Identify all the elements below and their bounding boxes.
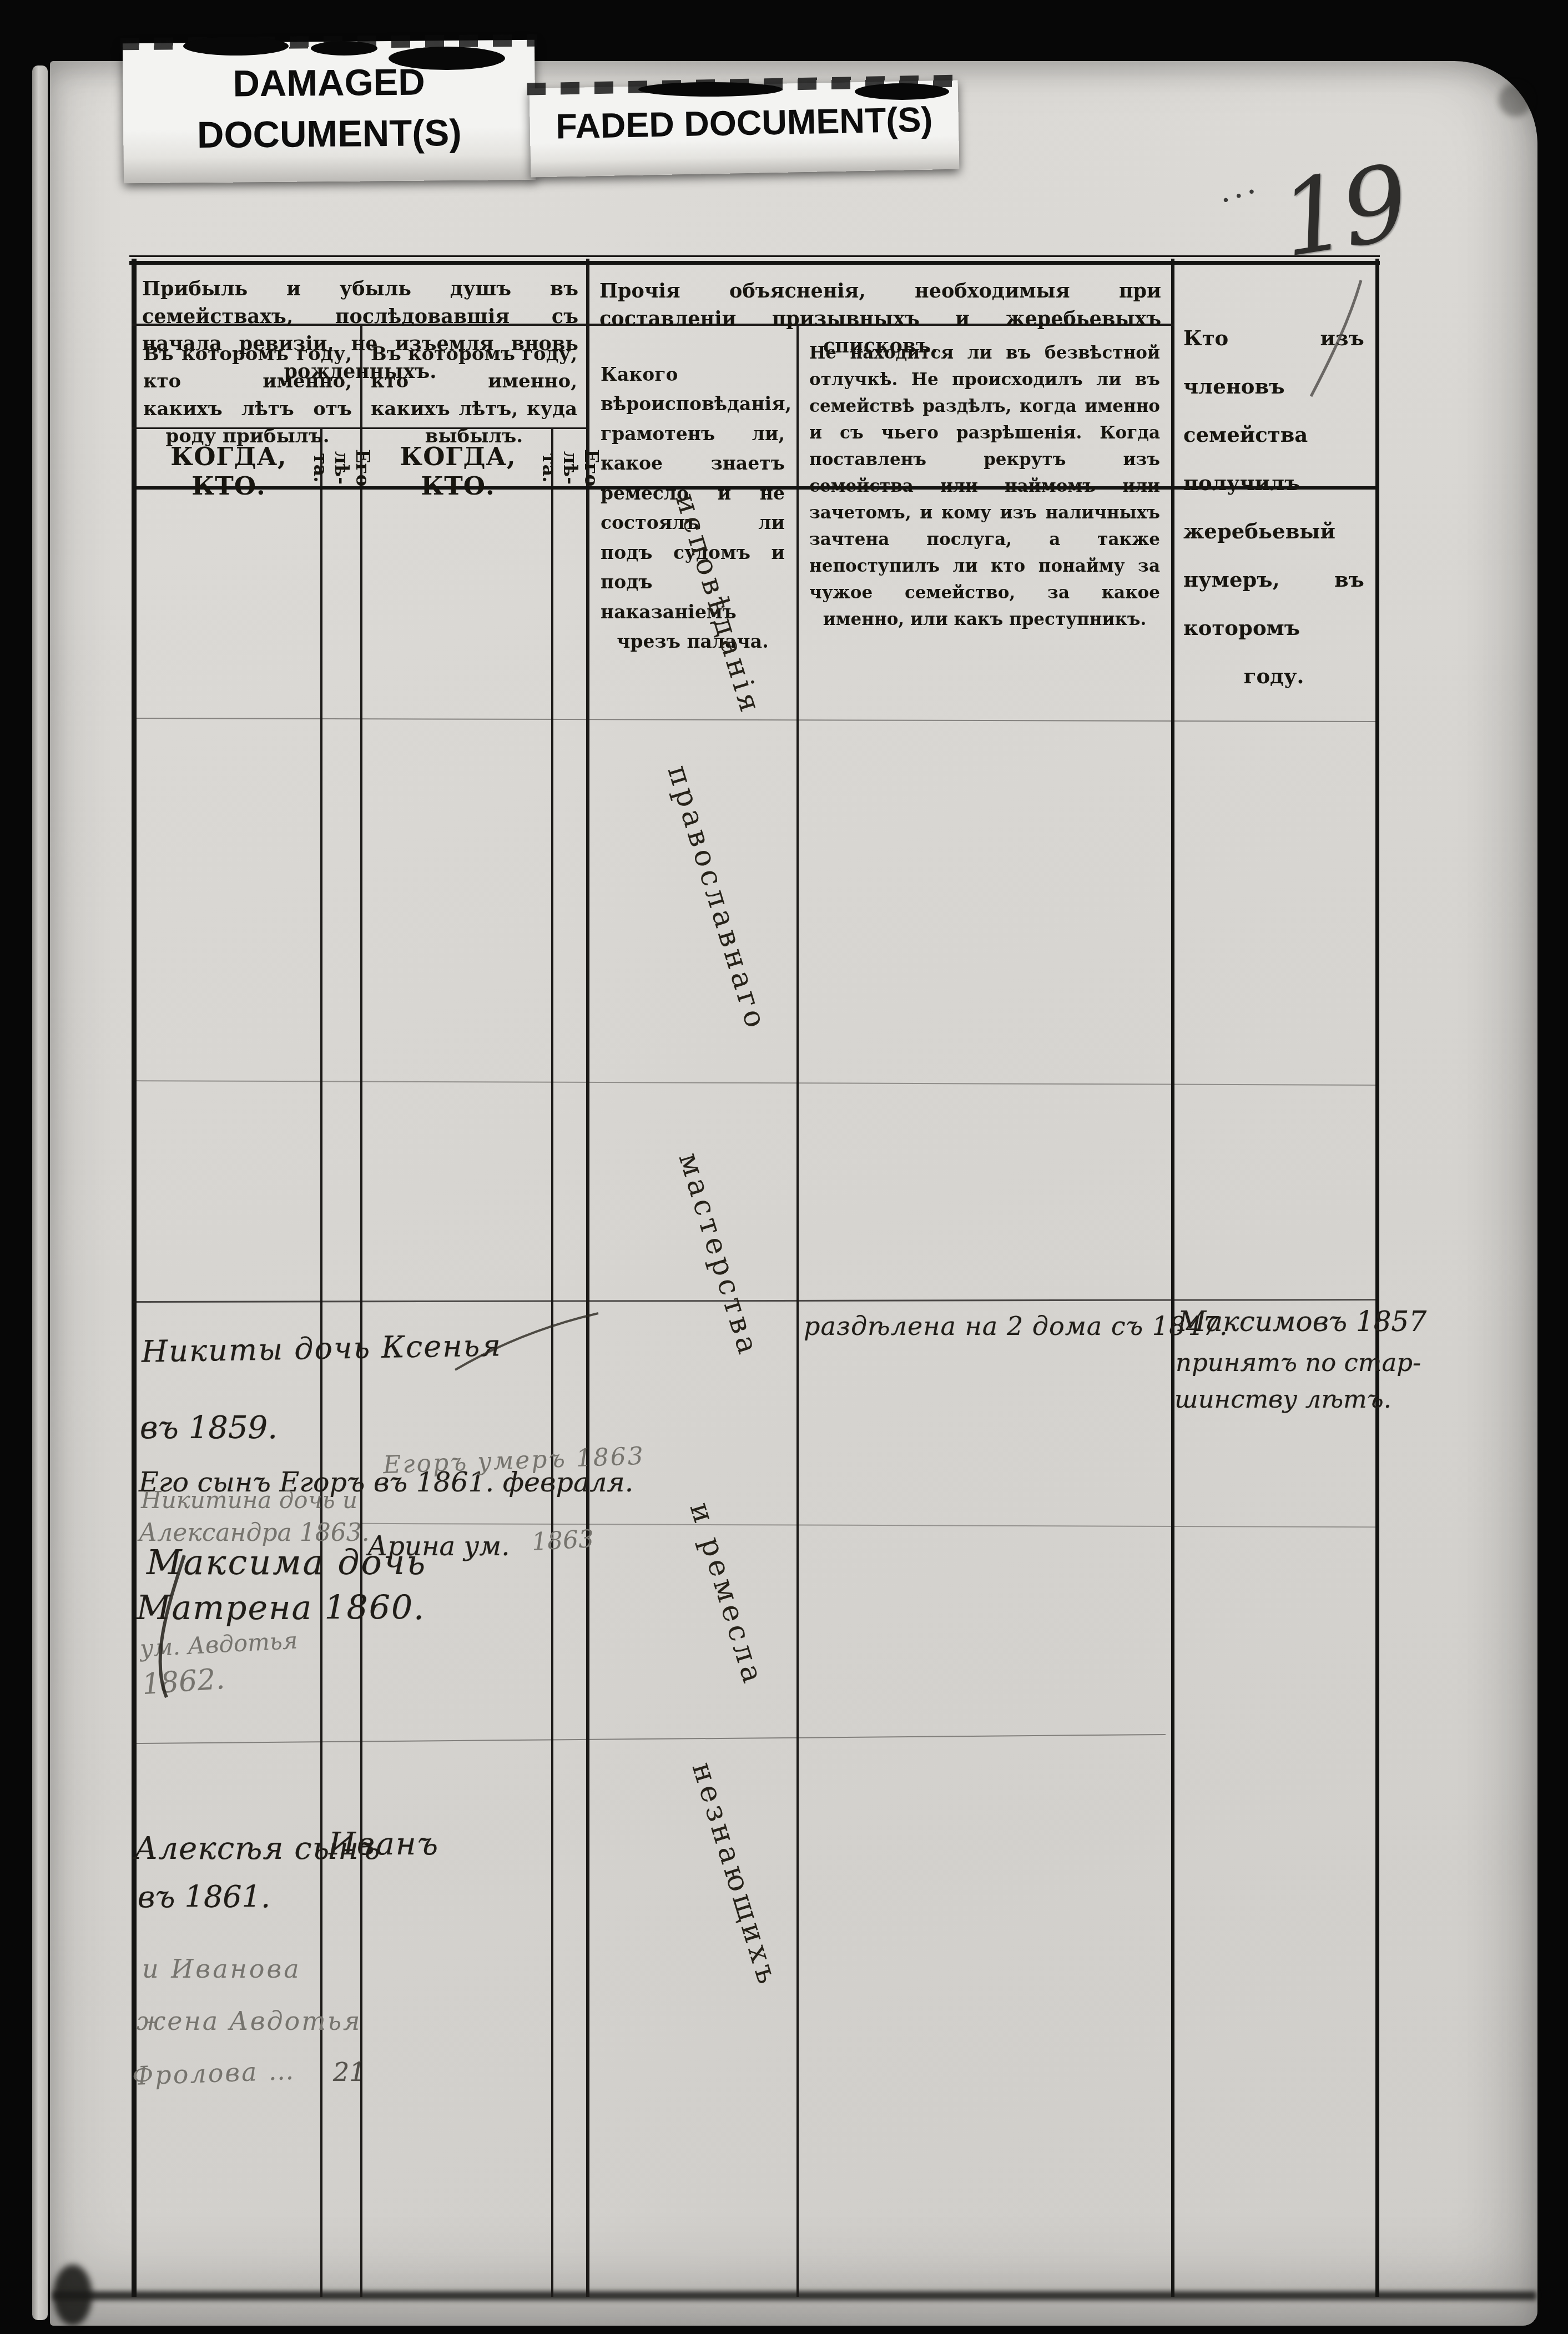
header-arrived-sub: Въ которомъ году, кто именно, какихъ лѣт…: [143, 341, 352, 450]
entry-pencil-year-1862: 1862.: [141, 1662, 226, 1701]
entry-arrival-ivan: Иванъ: [329, 1826, 439, 1862]
entry-pencil-ivanova: и Иванова: [142, 1954, 301, 1984]
header-when-who-2: КОГДА, КТО.: [366, 442, 549, 501]
entry-lot-line2: принятъ по стар-: [1176, 1348, 1421, 1377]
entry-departure-arina-year: 1863: [531, 1525, 595, 1556]
entry-pencil-wife: жена Авдотья: [137, 2006, 361, 2036]
table-border-left: [132, 259, 137, 2297]
header-departed-sub: Въ которомъ году, кто именно, какихъ лѣт…: [371, 341, 577, 450]
damaged-label-line2: DOCUMENT(S): [123, 111, 536, 157]
header-when-who-1: КОГДА, КТО.: [140, 442, 317, 501]
table-vline: [1171, 259, 1174, 2297]
entry-lot-line1: Максимовъ 1857: [1178, 1305, 1426, 1338]
book-edge-strip: [32, 65, 48, 2320]
header-lot-number-title: Кто изъ членовъ семейства получилъ жереб…: [1183, 314, 1364, 700]
header-his-age-1: Его лѣ-та.: [310, 437, 373, 498]
ink-blotch: [183, 37, 289, 56]
entry-lot-line3: шинству лѣтъ.: [1174, 1384, 1391, 1414]
entry-division-note: раздѣлена на 2 дома съ 1847.: [804, 1311, 1228, 1341]
page-bottom-shadow: [53, 2291, 1536, 2300]
ink-blotch: [638, 82, 783, 97]
scanned-document-canvas: Прибыль и убыль душъ въ семействахъ, пос…: [0, 0, 1568, 2334]
entry-pencil-frolova: Фролова …: [132, 2055, 296, 2091]
table-border-top-thick: [129, 261, 1380, 265]
entry-arrival-name: Никиты дочь Ксенья: [141, 1328, 502, 1369]
table-vline: [796, 324, 799, 2297]
entry-age-value: 21: [333, 2057, 366, 2087]
page-number: 19: [1272, 142, 1412, 280]
ink-blotch: [311, 41, 377, 56]
entry-pencil-daughter: Никитина дочь и: [141, 1486, 357, 1514]
header-his-age-2: Его лѣ-та.: [538, 437, 602, 498]
entry-arrival-year: въ 1859.: [140, 1410, 278, 1446]
ink-blotch: [389, 47, 505, 70]
faded-label-line: FADED DOCUMENT(S): [530, 99, 959, 148]
damage-smudge: [1499, 83, 1532, 117]
header-absence-sub: Не находится ли въ безвѣстной отлучкѣ. Н…: [809, 340, 1160, 633]
table-vline: [551, 429, 553, 2297]
entry-departure-arina: Арина ум.: [367, 1531, 510, 1562]
table-vline: [360, 324, 362, 2297]
table-vline: [586, 259, 589, 2297]
table-border-right: [1375, 259, 1379, 2297]
table-border-top: [129, 255, 1380, 257]
entry-arrival-matrena: Матрена 1860.: [137, 1589, 425, 1627]
entry-arrival-year-1861: въ 1861.: [138, 1879, 270, 1914]
ink-blotch: [855, 83, 949, 100]
